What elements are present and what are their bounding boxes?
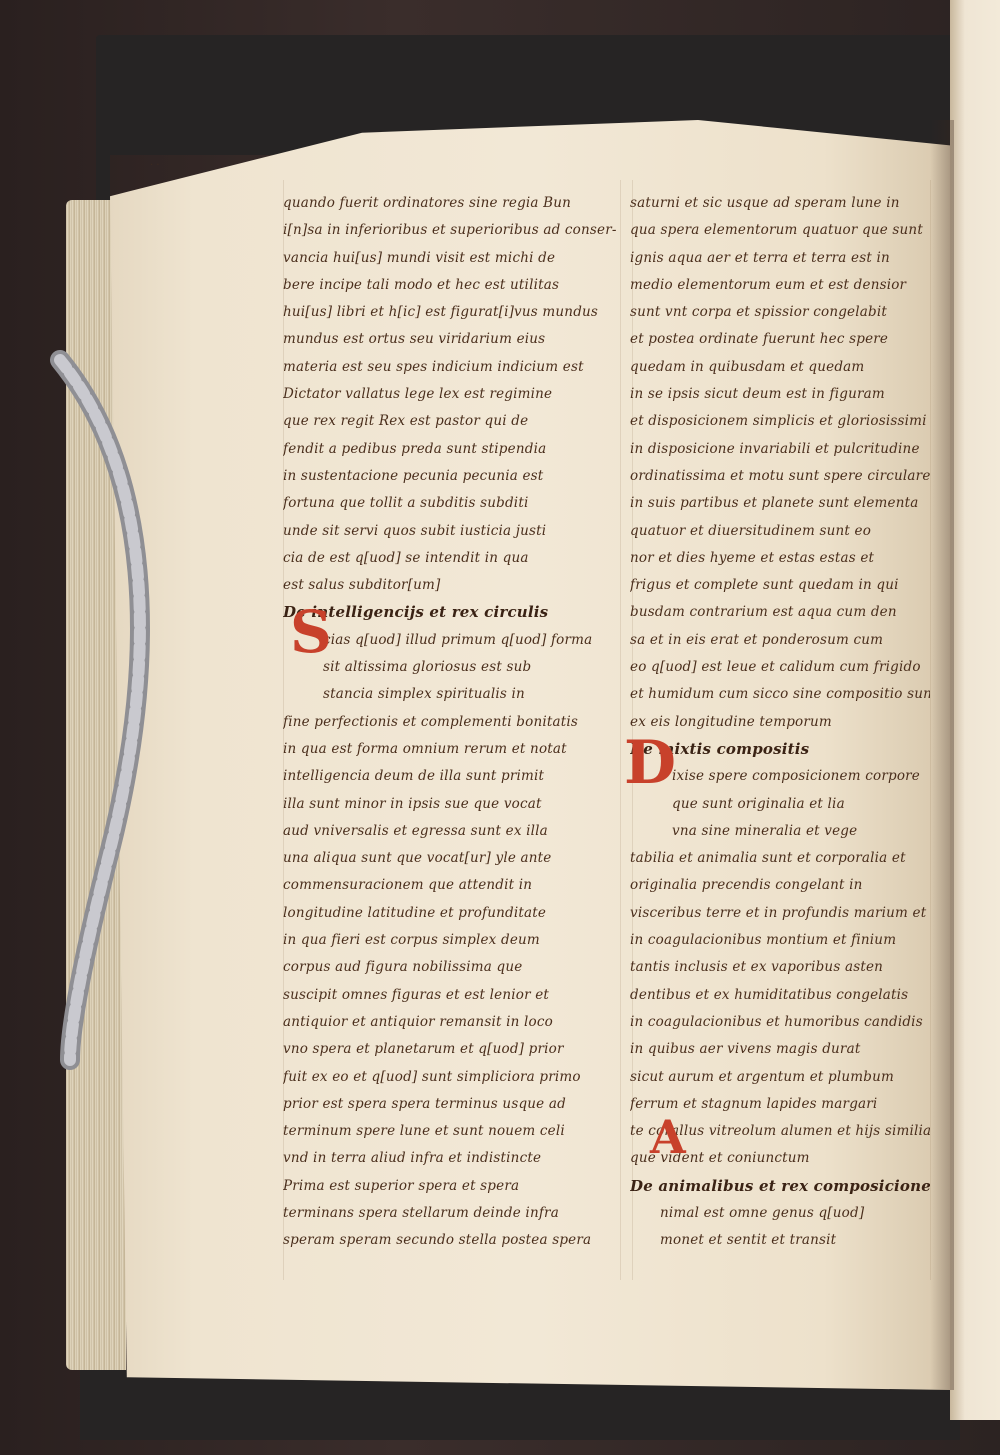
text-line: dentibus et ex humiditatibus congelatis <box>630 982 930 1009</box>
text-line: in quibus aer vivens magis durat <box>630 1036 930 1063</box>
text-line: unde sit servi quos subit iusticia justi <box>283 518 623 545</box>
text-line: ixise spere composicionem corpore <box>672 763 930 790</box>
text-line: medio elementorum eum et est densior <box>630 272 930 299</box>
text-line: i[n]sa in inferioribus et superioribus a… <box>283 217 623 244</box>
text-line: in se ipsis sicut deum est in figuram <box>630 381 930 408</box>
left-column: quando fuerit ordinatores sine regia Bun… <box>283 190 623 1255</box>
text-line: ignis aqua aer et terra et terra est in <box>630 245 930 272</box>
text-line: aud vniversalis et egressa sunt ex illa <box>283 818 623 845</box>
text-line: materia est seu spes indicium indicium e… <box>283 354 623 381</box>
text-line: frigus et complete sunt quedam in qui <box>630 572 930 599</box>
text-line: originalia precendis congelant in <box>630 872 930 899</box>
text-line: tabilia et animalia sunt et corporalia e… <box>630 845 930 872</box>
text-line: fendit a pedibus preda sunt stipendia <box>283 436 623 463</box>
red-initial-s: S <box>290 598 332 666</box>
text-line: et disposicionem simplicis et gloriosiss… <box>630 408 930 435</box>
text-line: qua spera elementorum quatuor que sunt <box>630 217 930 244</box>
text-line: vancia hui[us] mundi visit est michi de <box>283 245 623 272</box>
text-line: sicut aurum et argentum et plumbum <box>630 1064 930 1091</box>
right-column: saturni et sic usque ad speram lune in q… <box>630 190 930 1255</box>
text-line: sunt vnt corpa et spissior congelabit <box>630 299 930 326</box>
section-heading: De intelligencijs et rex circulis <box>283 599 623 626</box>
text-line: mundus est ortus seu viridarium eius <box>283 326 623 353</box>
text-line: vno spera et planetarum et q[uod] prior <box>283 1036 623 1063</box>
text-line: Dictator vallatus lege lex est regimine <box>283 381 623 408</box>
text-line: quatuor et diuersitudinem sunt eo <box>630 518 930 545</box>
text-line: que sunt originalia et lia <box>672 791 930 818</box>
text-line: tantis inclusis et ex vaporibus asten <box>630 954 930 981</box>
text-line: speram speram secundo stella postea sper… <box>283 1227 623 1254</box>
text-line: eo q[uod] est leue et calidum cum frigid… <box>630 654 930 681</box>
text-line: prior est spera spera terminus usque ad <box>283 1091 623 1118</box>
text-line: hui[us] libri et h[ic] est figurat[i]vus… <box>283 299 623 326</box>
facing-page: ~ ~~~ ~~ ~~ <box>950 0 1000 1420</box>
text-line: est salus subditor[um] <box>283 572 623 599</box>
text-line: in qua fieri est corpus simplex deum <box>283 927 623 954</box>
text-line: suscipit omnes figuras et est lenior et <box>283 982 623 1009</box>
folio-mark: · · <box>150 160 160 171</box>
text-line: cia de est q[uod] se intendit in qua <box>283 545 623 572</box>
red-initial-d: D <box>624 728 676 798</box>
gutter-shadow <box>930 120 954 1390</box>
text-line: in qua est forma omnium rerum et notat <box>283 736 623 763</box>
text-line: vnd in terra aliud infra et indistincte <box>283 1145 623 1172</box>
text-line: quando fuerit ordinatores sine regia Bun <box>283 190 623 217</box>
text-line: antiquior et antiquior remansit in loco <box>283 1009 623 1036</box>
text-line: fuit ex eo et q[uod] sunt simpliciora pr… <box>283 1064 623 1091</box>
text-line: et humidum cum sicco sine compositio sun… <box>630 681 930 708</box>
text-line: cias q[uod] illud primum q[uod] forma <box>323 627 623 654</box>
text-line: fortuna que tollit a subditis subditi <box>283 490 623 517</box>
text-line: ordinatissima et motu sunt spere circula… <box>630 463 930 490</box>
text-line: nimal est omne genus q[uod] <box>660 1200 930 1227</box>
text-line: monet et sentit et transit <box>660 1227 930 1254</box>
text-line: in disposicione invariabili et pulcritud… <box>630 436 930 463</box>
text-line: busdam contrarium est aqua cum den <box>630 599 930 626</box>
text-line: stancia simplex spiritualis in <box>323 681 623 708</box>
text-line: terminum spere lune et sunt nouem celi <box>283 1118 623 1145</box>
text-line: in coagulacionibus montium et finium <box>630 927 930 954</box>
text-line: longitudine latitudine et profunditate <box>283 900 623 927</box>
text-line: commensuracionem que attendit in <box>283 872 623 899</box>
text-line: fine perfectionis et complementi bonitat… <box>283 709 623 736</box>
text-line: et postea ordinate fuerunt hec spere <box>630 326 930 353</box>
text-line: in sustentacione pecunia pecunia est <box>283 463 623 490</box>
text-line: corpus aud figura nobilissima que <box>283 954 623 981</box>
text-line: Prima est superior spera et spera <box>283 1173 623 1200</box>
bookmark-ribbon <box>40 350 240 1070</box>
text-line: terminans spera stellarum deinde infra <box>283 1200 623 1227</box>
section-heading: De animalibus et rex composicione <box>630 1173 930 1200</box>
text-line: quedam in quibusdam et quedam <box>630 354 930 381</box>
text-line: bere incipe tali modo et hec est utilita… <box>283 272 623 299</box>
text-line: in coagulacionibus et humoribus candidis <box>630 1009 930 1036</box>
text-line: in suis partibus et planete sunt element… <box>630 490 930 517</box>
text-line: sit altissima gloriosus est sub <box>323 654 623 681</box>
red-initial-a: A <box>650 1110 686 1164</box>
text-line: que rex regit Rex est pastor qui de <box>283 408 623 435</box>
text-line: vna sine mineralia et vege <box>672 818 930 845</box>
text-line: sa et in eis erat et ponderosum cum <box>630 627 930 654</box>
text-line: nor et dies hyeme et estas estas et <box>630 545 930 572</box>
ruling-line <box>930 180 931 1280</box>
text-line: una aliqua sunt que vocat[ur] yle ante <box>283 845 623 872</box>
text-line: illa sunt minor in ipsis sue que vocat <box>283 791 623 818</box>
text-line: saturni et sic usque ad speram lune in <box>630 190 930 217</box>
text-line: visceribus terre et in profundis marium … <box>630 900 930 927</box>
text-line: intelligencia deum de illa sunt primit <box>283 763 623 790</box>
